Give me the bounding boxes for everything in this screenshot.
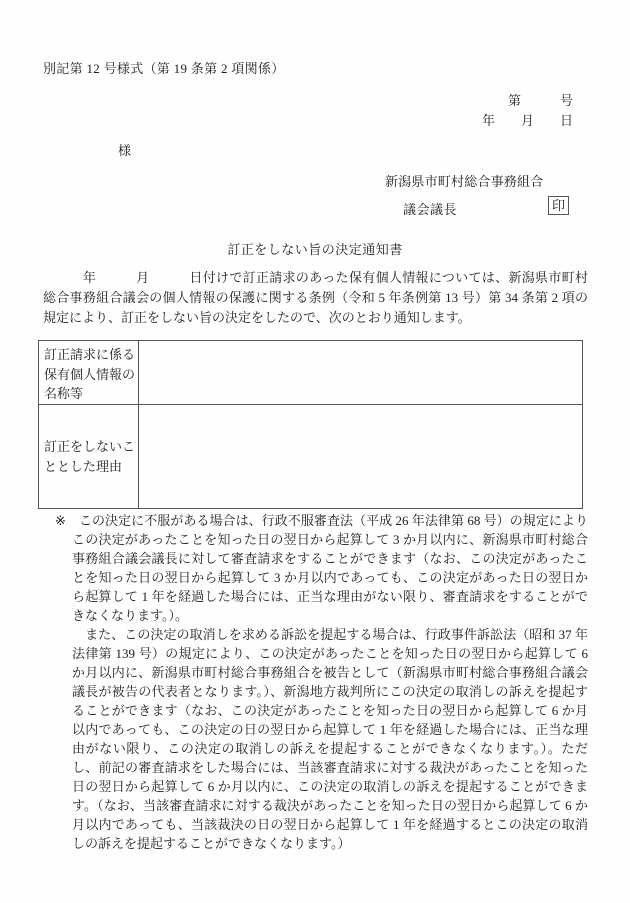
- decision-notice-document: 別記第 12 号様式（第 19 条第 2 項関係） 第 号 年 月 日 様 新潟…: [0, 0, 630, 903]
- issue-date-blank: 年 月 日: [482, 110, 573, 129]
- decision-detail-table: 訂正請求に係る保有個人情報の名称等 訂正をしないこととした理由: [38, 340, 583, 509]
- form-number-label: 別記第 12 号様式（第 19 条第 2 項関係）: [43, 58, 285, 77]
- issuer-organization: 新潟県市町村総合事務組合: [385, 171, 543, 190]
- no-correction-reason-label: 訂正をしないこととした理由: [39, 405, 139, 508]
- document-number-blank: 第 号: [508, 90, 573, 109]
- note-paragraph-appeal-text: この決定に不服がある場合は、行政不服審査法（平成 26 年法律第 68 号）の規…: [72, 513, 588, 623]
- note-paragraph-appeal: ※この決定に不服がある場合は、行政不服審査法（平成 26 年法律第 68 号）の…: [43, 511, 588, 625]
- table-row: 訂正をしないこととした理由: [39, 404, 582, 508]
- addressee-honorific: 様: [118, 140, 131, 159]
- seal-stamp-icon: 印: [548, 196, 569, 215]
- note-marker: ※: [55, 513, 66, 528]
- correction-info-name-value-cell[interactable]: [139, 341, 582, 404]
- no-correction-reason-value-cell[interactable]: [139, 405, 582, 508]
- table-row: 訂正請求に係る保有個人情報の名称等: [39, 341, 582, 404]
- correction-info-name-label: 訂正請求に係る保有個人情報の名称等: [39, 341, 139, 404]
- document-title: 訂正をしない旨の決定通知書: [0, 239, 630, 258]
- note-paragraph-lawsuit: また、この決定の取消しを求める訴訟を提起する場合は、行政事件訴訟法（昭和 37 …: [43, 625, 588, 853]
- appeal-instructions-note: ※この決定に不服がある場合は、行政不服審査法（平成 26 年法律第 68 号）の…: [43, 511, 588, 853]
- notification-body-paragraph: 年 月 日付けで訂正請求のあった保有個人情報については、新潟県市町村総合事務組合…: [43, 268, 588, 328]
- issuer-title: 議会議長: [403, 199, 457, 218]
